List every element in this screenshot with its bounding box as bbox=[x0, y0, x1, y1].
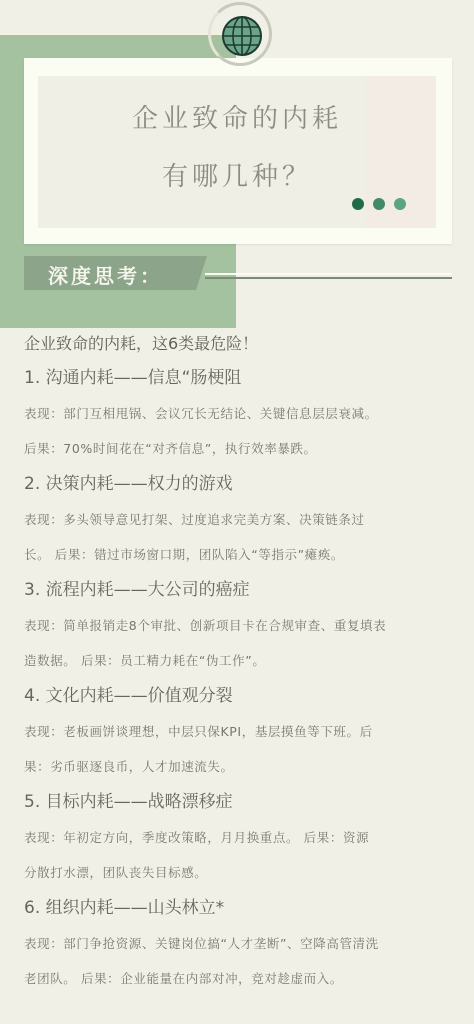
section-divider bbox=[205, 277, 452, 279]
page-title-line2: 有哪几种？ bbox=[38, 156, 436, 193]
item-title: 3. 流程内耗——大公司的癌症 bbox=[24, 574, 454, 608]
item-line: 果：劣币驱逐良币，人才加速流失。 bbox=[24, 749, 454, 784]
item-line: 表现：部门争抢资源、关键岗位搞“人才垄断”、空降高管清洗 bbox=[24, 926, 454, 961]
list-item: 1. 沟通内耗——信息“肠梗阻 表现：部门互相甩锅、会议冗长无结论、关键信息层层… bbox=[24, 362, 454, 466]
section-rule-highlight bbox=[205, 273, 452, 275]
item-line: 表现：简单报销走8个审批、创新项目卡在合规审查、重复填表 bbox=[24, 608, 454, 643]
list-item: 2. 决策内耗——权力的游戏 表现：多头领导意见打架、过度追求完美方案、决策链条… bbox=[24, 468, 454, 572]
item-title: 5. 目标内耗——战略漂移症 bbox=[24, 786, 454, 820]
article-body: 企业致命的内耗，这6类最危险！ 1. 沟通内耗——信息“肠梗阻 表现：部门互相甩… bbox=[24, 330, 454, 998]
dots-decoration bbox=[352, 198, 406, 210]
dot-1 bbox=[352, 198, 364, 210]
item-line: 后果：70%时间花在“对齐信息”，执行效率暴跌。 bbox=[24, 431, 454, 466]
item-line: 长。 后果：错过市场窗口期，团队陷入“等指示”瘫痪。 bbox=[24, 537, 454, 572]
list-item: 6. 组织内耗——山头林立* 表现：部门争抢资源、关键岗位搞“人才垄断”、空降高… bbox=[24, 892, 454, 996]
list-item: 4. 文化内耗——价值观分裂 表现：老板画饼谈理想，中层只保KPI，基层摸鱼等下… bbox=[24, 680, 454, 784]
list-item: 5. 目标内耗——战略漂移症 表现：年初定方向，季度改策略，月月换重点。 后果：… bbox=[24, 786, 454, 890]
item-line: 表现：部门互相甩锅、会议冗长无结论、关键信息层层衰减。 bbox=[24, 396, 454, 431]
list-item: 3. 流程内耗——大公司的癌症 表现：简单报销走8个审批、创新项目卡在合规审查、… bbox=[24, 574, 454, 678]
page-title-line1: 企业致命的内耗 bbox=[38, 98, 436, 135]
item-title: 6. 组织内耗——山头林立* bbox=[24, 892, 454, 926]
item-line: 表现：多头领导意见打架、过度追求完美方案、决策链条过 bbox=[24, 502, 454, 537]
item-line: 造数据。 后果：员工精力耗在“伪工作”。 bbox=[24, 643, 454, 678]
section-label: 深度思考： bbox=[48, 260, 163, 289]
intro-text: 企业致命的内耗，这6类最危险！ bbox=[24, 330, 454, 362]
item-line: 分散打水漂，团队丧失目标感。 bbox=[24, 855, 454, 890]
item-line: 表现：老板画饼谈理想，中层只保KPI，基层摸鱼等下班。后 bbox=[24, 714, 454, 749]
dot-2 bbox=[373, 198, 385, 210]
item-line: 表现：年初定方向，季度改策略，月月换重点。 后果：资源 bbox=[24, 820, 454, 855]
item-line: 老团队。 后果：企业能量在内部对冲，竞对趁虚而入。 bbox=[24, 961, 454, 996]
dot-3 bbox=[394, 198, 406, 210]
item-title: 1. 沟通内耗——信息“肠梗阻 bbox=[24, 362, 454, 396]
item-title: 4. 文化内耗——价值观分裂 bbox=[24, 680, 454, 714]
globe-icon bbox=[221, 15, 263, 57]
item-title: 2. 决策内耗——权力的游戏 bbox=[24, 468, 454, 502]
